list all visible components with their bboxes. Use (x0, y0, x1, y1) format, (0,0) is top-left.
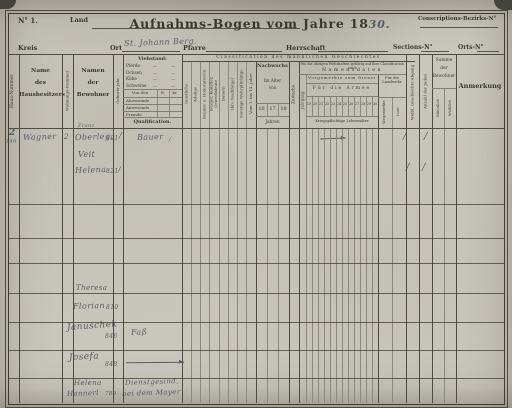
summe-title: der (432, 66, 456, 71)
hw-geburtsjahr: 810 (106, 304, 119, 311)
form-number: N° 1. (18, 16, 38, 25)
viehstand-mini-col2: kr. (169, 90, 181, 95)
orts-number-label: Orts-N° (458, 44, 484, 51)
viehstand-title: Viehstand: (123, 56, 182, 62)
viehstand-dash: — (148, 70, 162, 75)
hw-bewohner-name: Helena (75, 165, 107, 175)
viehstand-mini-row: Abwesende (126, 98, 149, 103)
hw-geburtsjahr: 801 (106, 135, 119, 142)
summe-maennlich-label: Männlich (432, 89, 444, 127)
hw-hausbesitzer-name: Wagner (23, 132, 57, 142)
jahrgang-column-label: Jahrgang (299, 74, 306, 126)
conscription-district-label: Conscriptions-Bezirks-N° (418, 16, 496, 22)
hw-haus-nummer: 2 (9, 128, 16, 138)
zuwachs-column-label: Zuwachs (289, 63, 299, 126)
hw-bewohner-name: Veit (78, 150, 95, 159)
hw-bewohner-name: Josefa (69, 351, 100, 363)
wohnungs-nummer-column-label: Wohnungs-Nummer (62, 56, 73, 126)
summe-title: Summe (432, 58, 456, 63)
landwehr-col1-label: Vorgemerkte (378, 97, 392, 127)
hw-tally-slash: ∕ (169, 136, 171, 143)
page-title-text: Aufnahms-Bogen vom Jahre 18 (130, 16, 369, 31)
viehstand-mini-col1: fl. (157, 90, 169, 95)
hausbesitzer-column-label: des (19, 80, 62, 86)
scan-corner-smudge (0, 0, 16, 9)
nachwuchs-sub: von (256, 85, 289, 90)
hw-qualification: Faß (131, 327, 148, 337)
hw-geburtsjahr: 821 (106, 168, 119, 175)
herrschaft-underline (318, 51, 388, 52)
viehstand-row-label: Pferde (126, 63, 140, 68)
weiblich-column-label: Weibl. Geschlechts Abgang (406, 58, 419, 126)
hw-geburtsjahr: 846 (105, 333, 118, 340)
land-label: Land (70, 16, 88, 24)
ort-label: Ort (110, 44, 122, 52)
nachwuchs-footer: Jahren (256, 119, 289, 124)
orts-underline (477, 51, 499, 52)
pfarre-label: Pfarre (183, 44, 206, 52)
landwehr-title: Für die Landwehr (378, 76, 406, 85)
pfarre-underline (206, 51, 282, 52)
vormerkung-footer: Kriegspflichtige Lebensalter (306, 119, 378, 123)
viehstand-row-label: Kühe (126, 76, 137, 81)
hw-haus-nummer-sub: 146 (6, 138, 17, 145)
qualification-footer: Qualification. (123, 119, 182, 125)
hw-bewohner-name: Theresa (76, 284, 107, 292)
viehstand-row-label: Schweine (126, 83, 147, 88)
page-title: Aufnahms-Bogen vom Jahre 1830. (120, 16, 400, 31)
viehstand-dash: — (166, 83, 180, 88)
summe-title: Bewohner (432, 74, 456, 79)
anmerkung-column-label: Anmerkung (456, 82, 504, 90)
summe-weiblich-label: Weiblich (444, 89, 456, 127)
bewohner-column-label: der (73, 80, 113, 86)
scan-corner-smudge (494, 0, 512, 10)
sections-underline (421, 51, 449, 52)
viehstand-dash: — (166, 63, 180, 68)
hw-tally-slash: ∕ (424, 131, 428, 142)
hw-tally-slash: ∕ (119, 131, 122, 140)
hw-tally-slash: ∕ (406, 162, 410, 173)
nachwuchs-sub: Im Alter (256, 78, 289, 83)
kreis-label: Kreis (18, 44, 37, 52)
hw-geburtsjahr: 848 (105, 361, 118, 368)
haus-nummer-column-label: Haus-Nummer (8, 56, 19, 126)
bewohner-column-label: Bewohner (73, 92, 113, 98)
armee-label: Für die Armee (306, 86, 378, 91)
landwehr-col2-label: Lose (392, 97, 406, 127)
viehstand-mini-row: Fremde (126, 112, 142, 117)
hw-geburtsjahr: 789 (105, 391, 117, 397)
hw-bewohner-name: Helena (74, 379, 102, 387)
hw-qualification: Bauer (137, 132, 164, 142)
ort-underline (122, 51, 180, 52)
geburts-jahr-column-label: Geburts-Jahr (113, 56, 123, 126)
sections-label: Sections-N° (393, 44, 433, 51)
hw-bewohner-name-small: Franz (78, 123, 95, 129)
viehstand-dash: — (148, 83, 162, 88)
juden-column-label: Anzahl der Juden (419, 58, 432, 126)
vormerkung-dienst-label: Vorgemerkte zum Dienst (306, 75, 378, 80)
hw-tally-slash: ∕ (403, 131, 407, 142)
hw-bewohner-name: Florian (73, 301, 105, 311)
hw-tally-slash: ∕ (422, 162, 426, 173)
census-form-sheet: N° 1. Land Aufnahms-Bogen vom Jahre 1830… (0, 0, 512, 408)
vormerkung-line2: Namensdaten (299, 68, 406, 73)
hw-wohnpartei-nr: 2 (64, 133, 69, 141)
viehstand-mini-row: Anwesende (126, 105, 149, 110)
hausbesitzer-column-label: Name (19, 68, 62, 74)
bewohner-column-label: Namen (73, 68, 113, 74)
viehstand-dash: — (166, 76, 180, 81)
classification-heading: Classification des männlichen Geschlecht… (182, 55, 415, 60)
viehstand-dash: — (148, 76, 162, 81)
viehstand-dash: — (148, 63, 162, 68)
title-year-handwriting: 30. (369, 18, 391, 31)
viehstand-mini-header: Von den (123, 90, 157, 95)
hausbesitzer-column-label: Hausbesitzers (19, 92, 62, 98)
viehstand-row-label: Ochsen (126, 70, 142, 75)
nachwuchs-title: Nachwuchs (256, 63, 289, 69)
hw-bewohner-name: Hannerl (67, 389, 99, 398)
viehstand-dash: — (166, 70, 180, 75)
conscription-underline (420, 27, 498, 28)
hw-tally-slash: ∕ (118, 165, 121, 174)
